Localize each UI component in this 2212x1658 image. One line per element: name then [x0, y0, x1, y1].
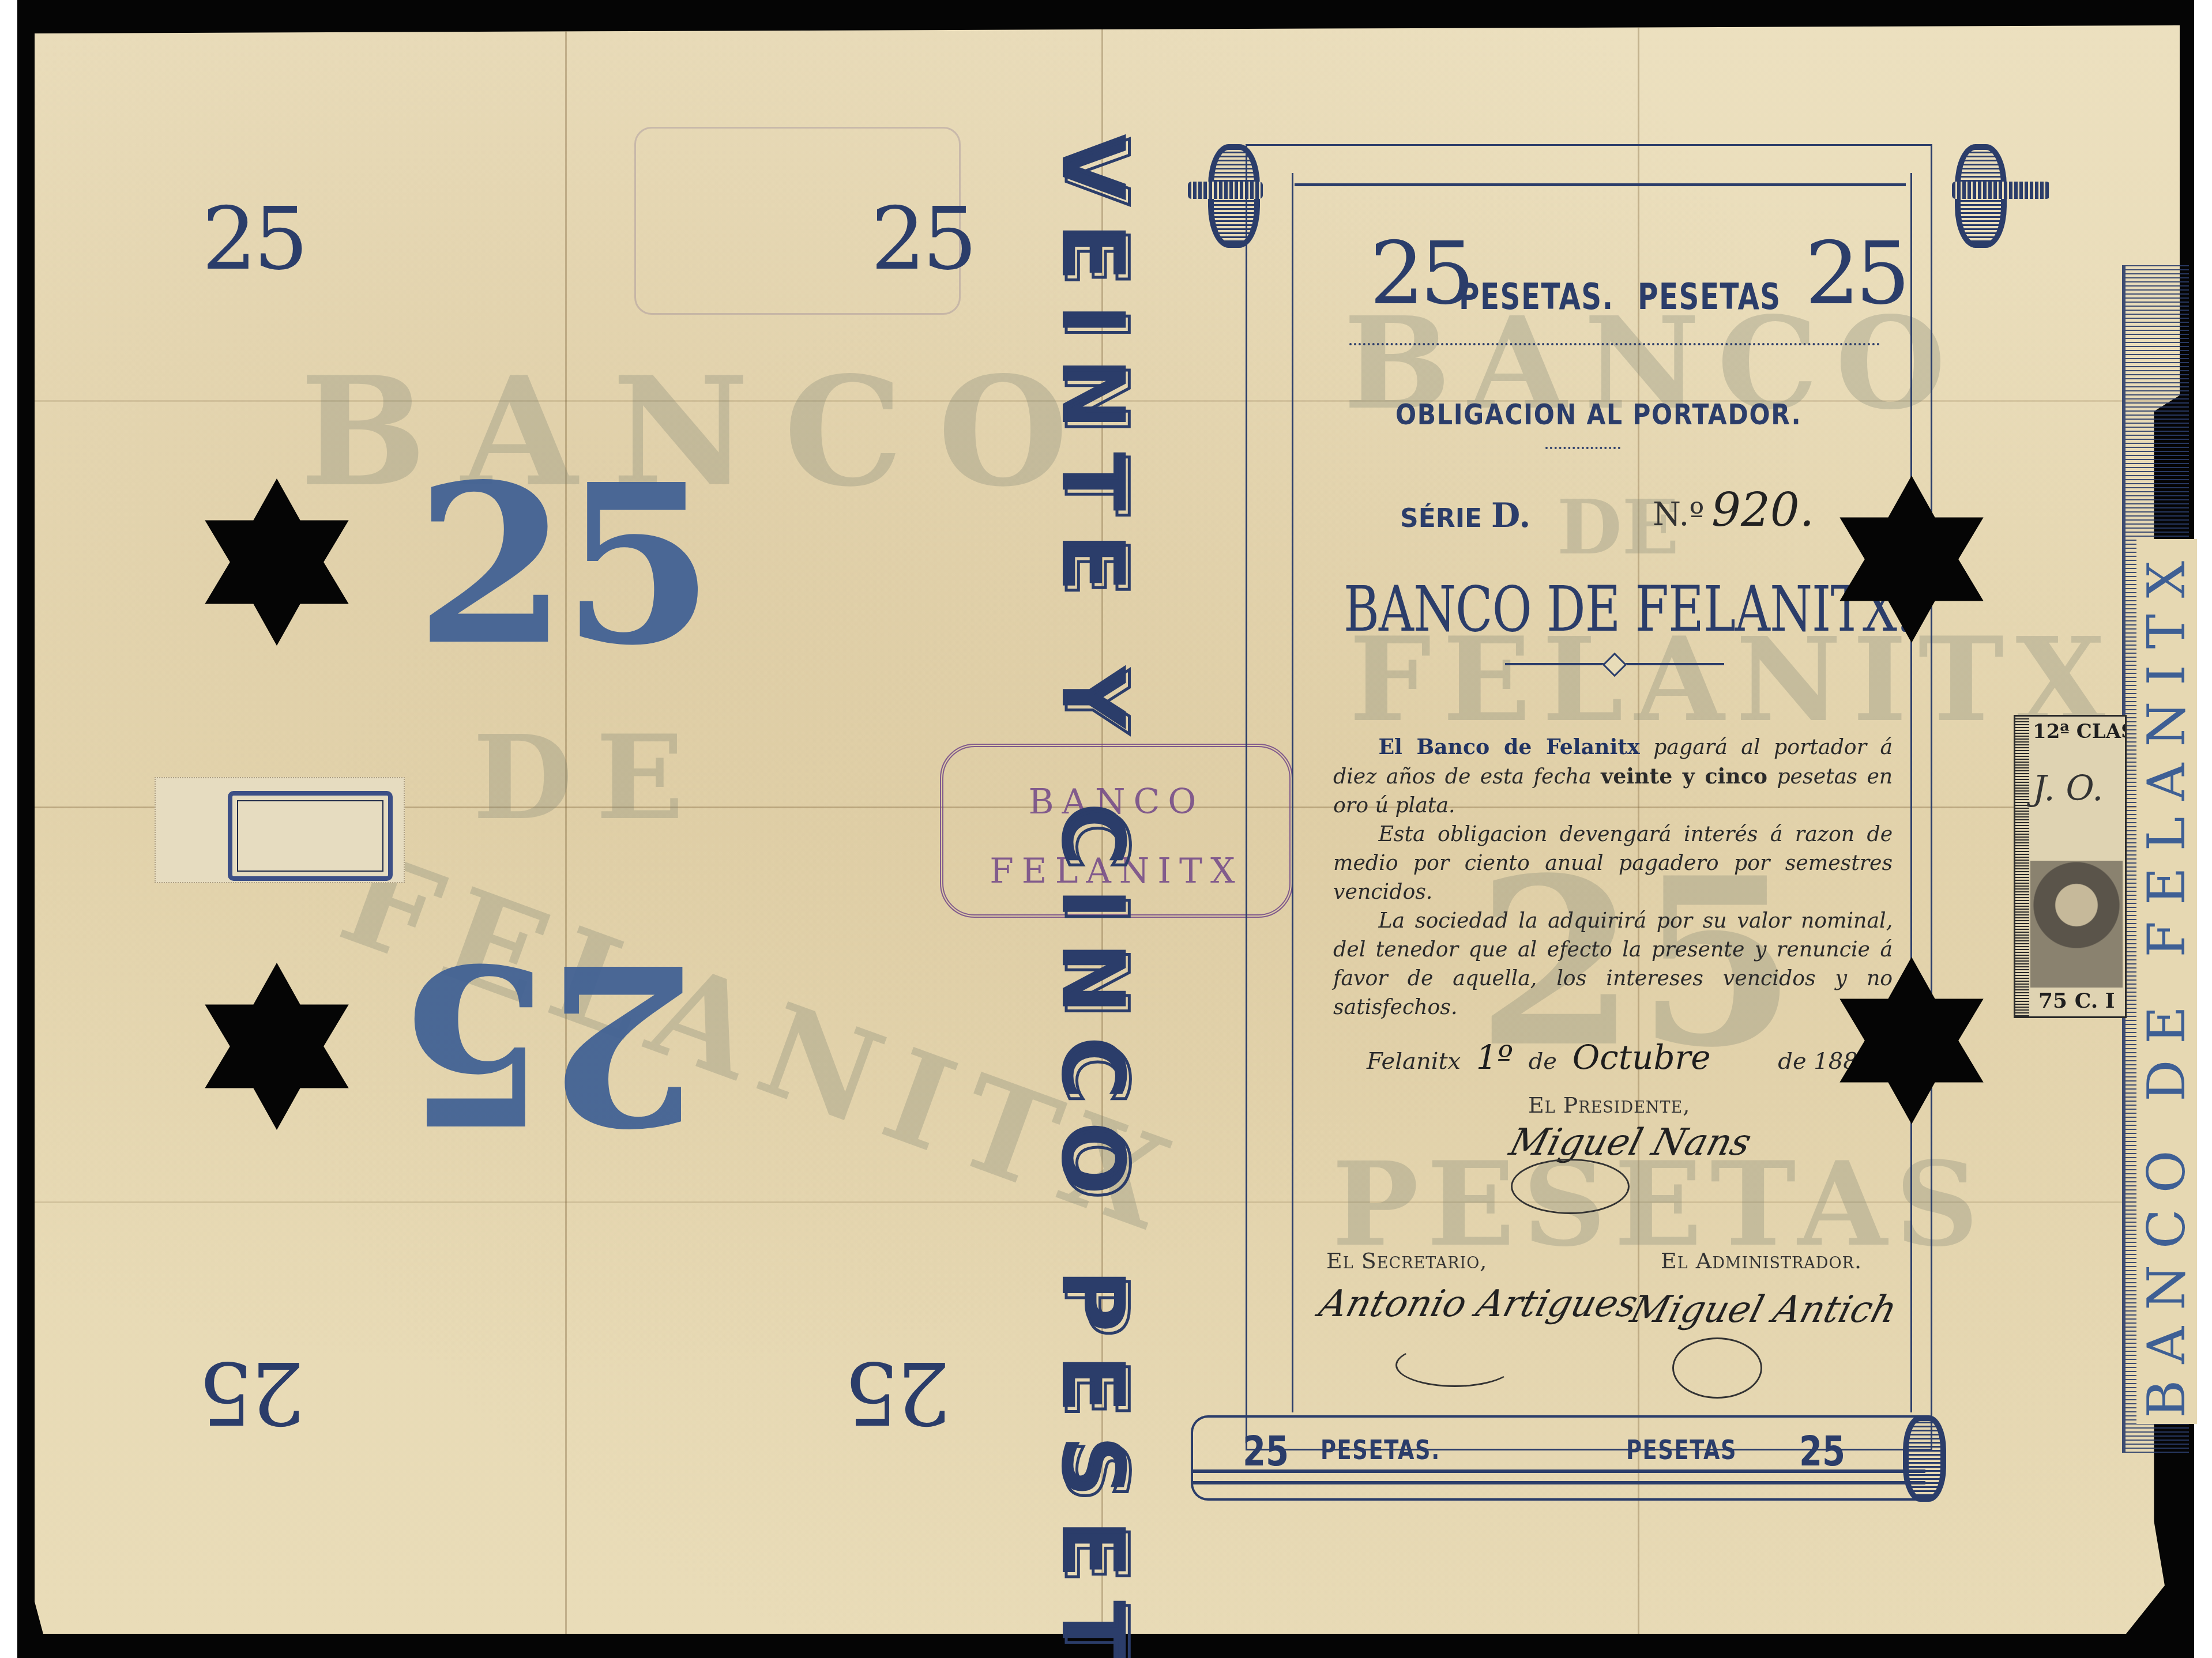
date-de: de [1778, 1048, 1806, 1075]
fiscal-revenue-stamp: 12ª CLAS J. O. 75 C. I [2014, 715, 2127, 1018]
date-day: 1º [1476, 1038, 1513, 1077]
blank-label [155, 777, 405, 883]
amount-words: veinte y cinco [1601, 763, 1767, 789]
stamp-handwriting: J. O. [2033, 768, 2103, 809]
footer-word-right: PESETAS [1626, 1434, 1737, 1465]
redemption-clause: La sociedad la adquirirá por su valor no… [1333, 906, 1893, 1022]
header-word-left: PESETAS. [1459, 276, 1614, 318]
secretary-title: El Secretario, [1326, 1248, 1487, 1273]
wavy-rule [1545, 441, 1620, 449]
date-place: Felanitx [1367, 1048, 1461, 1075]
date-month: Octubre [1573, 1038, 1711, 1077]
wavy-rule [1349, 337, 1880, 345]
header-number-left: 25 [1370, 231, 1470, 317]
interest-clause: Esta obligacion devengará interés á razo… [1333, 820, 1893, 906]
large-number-upper: 25 [415, 455, 709, 674]
corner-number-top-right: 25 [871, 196, 974, 282]
secretary-signature: Antonio Artigues [1315, 1283, 1642, 1325]
vertical-amount-text: VEINTE Y CINCO PESETAS. [1032, 138, 1159, 1551]
footer-word-left: PESETAS. [1321, 1434, 1440, 1465]
stamp-class-label: 12ª CLAS [2033, 720, 2127, 743]
large-number-lower: 25 [404, 934, 697, 1153]
administrator-signature: Miguel Antich [1626, 1288, 1901, 1331]
bank-name-heading: BANCO DE FELANITX. [1344, 574, 1912, 646]
bond-terms: El Banco de Felanitx pagará al portador … [1333, 732, 1893, 1022]
corner-number-bottom-right: 25 [848, 1349, 951, 1435]
ornamental-border-top [1295, 173, 1906, 186]
cherub-engraving-icon [2030, 861, 2123, 988]
signature-flourish [1395, 1343, 1514, 1387]
number-value: 920. [1711, 483, 1814, 537]
series-value: D. [1491, 496, 1530, 535]
bank-name-inline: El Banco de Felanitx [1378, 734, 1639, 759]
footer-number-left: 25 [1243, 1427, 1289, 1475]
issue-date: Felanitx 1º de Octubre de 188? [1367, 1038, 1870, 1077]
corner-number-bottom-left: 25 [202, 1349, 305, 1435]
header-number-right: 25 [1805, 231, 1906, 317]
ornamental-divider [1505, 663, 1724, 665]
signature-flourish [1511, 1159, 1630, 1214]
certificate-subtitle: OBLIGACION AL PORTADOR. [1395, 398, 1801, 431]
header-word-right: PESETAS [1638, 276, 1781, 318]
series-field: SÉRIED. [1400, 496, 1530, 535]
signature-flourish [1672, 1337, 1762, 1399]
watermark-de: DE [473, 721, 707, 836]
number-label: N.º [1653, 496, 1705, 533]
footer-number-right: 25 [1799, 1427, 1845, 1475]
corner-number-top-left: 25 [202, 196, 305, 282]
administrator-title: El Administrador. [1661, 1248, 1862, 1273]
stamp-value-label: 75 C. I [2038, 989, 2115, 1013]
date-de: de [1529, 1048, 1557, 1075]
rod-ornament-left [1188, 182, 1263, 199]
president-title: El Presidente, [1528, 1092, 1690, 1118]
rod-ornament-right [1952, 182, 2050, 199]
counterfoil-text: BANCO DE FELANITX [2136, 539, 2197, 1424]
series-label: SÉRIE [1400, 504, 1482, 533]
president-signature: Miguel Nans [1505, 1121, 1756, 1164]
scroll-end-icon [1903, 1415, 1946, 1502]
